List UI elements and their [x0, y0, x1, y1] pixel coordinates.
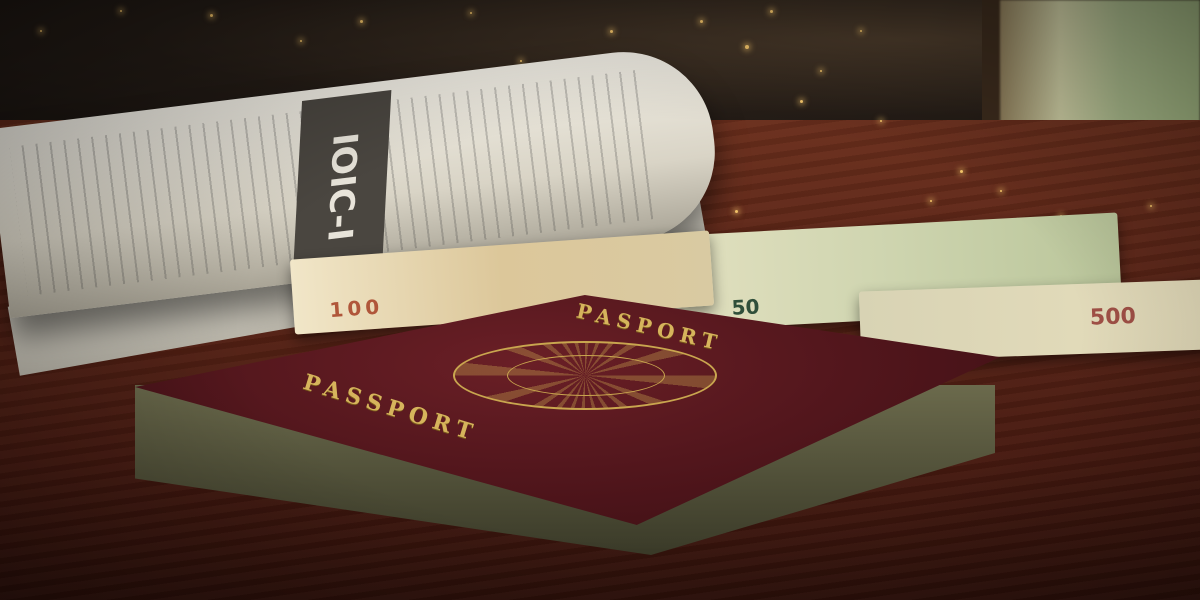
sparkle — [210, 14, 213, 17]
sparkle — [1150, 205, 1152, 207]
sparkle — [770, 10, 773, 13]
sparkle — [40, 30, 42, 32]
passport: PASPORT PASSPORT — [135, 295, 1005, 585]
emblem-inner-ring — [507, 355, 665, 396]
photo-scene: IOIC-I 50 500 100 PASPORT PASSPORT — [0, 0, 1200, 600]
sparkle — [930, 200, 932, 202]
sparkle — [1000, 190, 1002, 192]
sparkle — [120, 10, 122, 12]
sparkle — [745, 45, 749, 49]
sparkle — [960, 170, 963, 173]
sparkle — [820, 70, 822, 72]
sparkle — [880, 120, 882, 122]
sparkle — [800, 100, 803, 103]
banknote-denomination: 500 — [1090, 304, 1137, 331]
sparkle — [860, 30, 862, 32]
passport-emblem-icon — [453, 341, 717, 410]
